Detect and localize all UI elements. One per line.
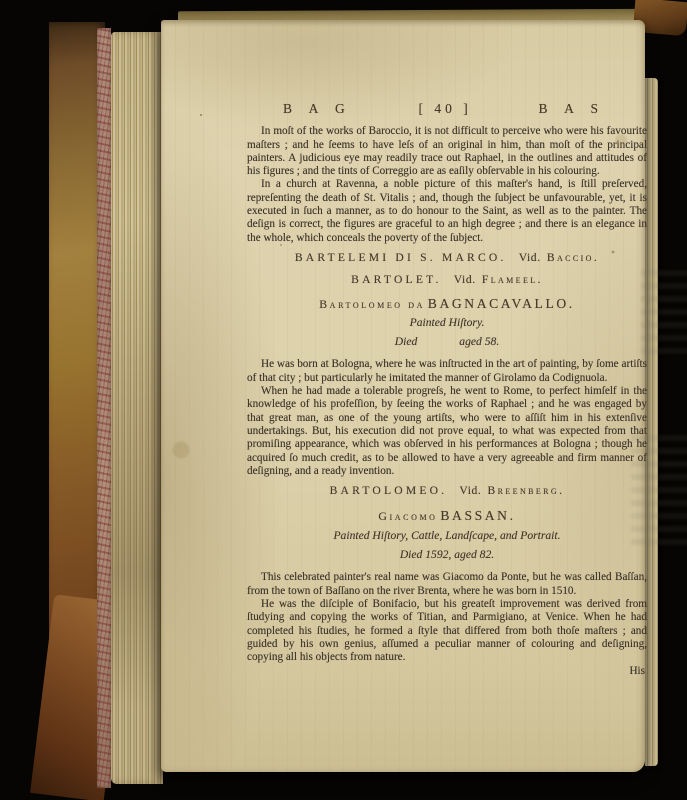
crossref-vid: Vid. <box>519 251 541 264</box>
entry-heading-bassan: Giacomo BASSAN. <box>247 509 647 524</box>
bagnacavallo-paragraph-1: He was born at Bologna, where he was inſ… <box>247 358 647 385</box>
crossref-target: Breenberg. <box>488 484 565 497</box>
crossref-target: Flameel. <box>482 273 543 286</box>
entry-heading-bagnacavallo: Bartolomeo da BAGNACAVALLO. <box>247 297 647 312</box>
marbled-spine-strip <box>97 28 111 788</box>
entry-name: BASSAN. <box>440 508 515 523</box>
entry-name-prefix: Giacomo <box>378 509 437 523</box>
crossref-vid: Vid. <box>454 273 476 286</box>
died-line: Died 1592, aged 82. <box>247 548 647 561</box>
crossref-bartolet: BARTOLET. Vid. Flameel. <box>247 273 647 286</box>
baroccio-paragraph-1: In moſt of the works of Baroccio, it is … <box>247 125 647 178</box>
painted-subjects-line: Painted Hiſtory, Cattle, Landſcape, and … <box>247 529 647 542</box>
crossref-vid: Vid. <box>459 484 481 497</box>
entry-name: BAGNACAVALLO. <box>428 296 575 311</box>
fanned-page-edges <box>111 32 163 784</box>
crossref-bartolomeo: BARTOLOMEO. Vid. Breenberg. <box>247 484 647 497</box>
painted-subjects-line: Painted Hiſtory. <box>247 316 647 329</box>
bassan-paragraph-1: This celebrated painter's real name was … <box>247 571 647 598</box>
died-label: Died <box>395 335 418 348</box>
page-surface: B A G [ 40 ] B A S In moſt of the works … <box>161 20 645 772</box>
bagnacavallo-paragraph-2: When he had made a tolerable progreſs, h… <box>247 385 647 478</box>
died-line: Diedaged 58. <box>247 335 647 348</box>
header-page-number: [ 40 ] <box>352 102 539 115</box>
crossref-bartelemi: BARTELEMI DI S. MARCO. Vid. Baccio. <box>247 251 647 264</box>
header-right-word: B A S <box>538 102 605 115</box>
crossref-name: BARTOLET. <box>351 273 441 286</box>
bassan-paragraph-2: He was the diſciple of Bonifacio, but hi… <box>247 598 647 664</box>
header-left-word: B A G <box>283 102 352 115</box>
crossref-target: Baccio. <box>547 251 599 264</box>
catchword: His <box>247 665 647 678</box>
running-header: B A G [ 40 ] B A S <box>247 102 647 115</box>
crossref-name: BARTELEMI DI S. MARCO. <box>295 251 507 264</box>
aged-label: aged 58. <box>459 335 499 348</box>
book-scan: B A G [ 40 ] B A S In moſt of the works … <box>0 0 687 800</box>
entry-name-prefix: Bartolomeo da <box>319 297 425 311</box>
crossref-name: BARTOLOMEO. <box>330 484 448 497</box>
text-column: B A G [ 40 ] B A S In moſt of the works … <box>247 20 647 679</box>
baroccio-paragraph-2: In a church at Ravenna, a noble picture … <box>247 178 647 244</box>
